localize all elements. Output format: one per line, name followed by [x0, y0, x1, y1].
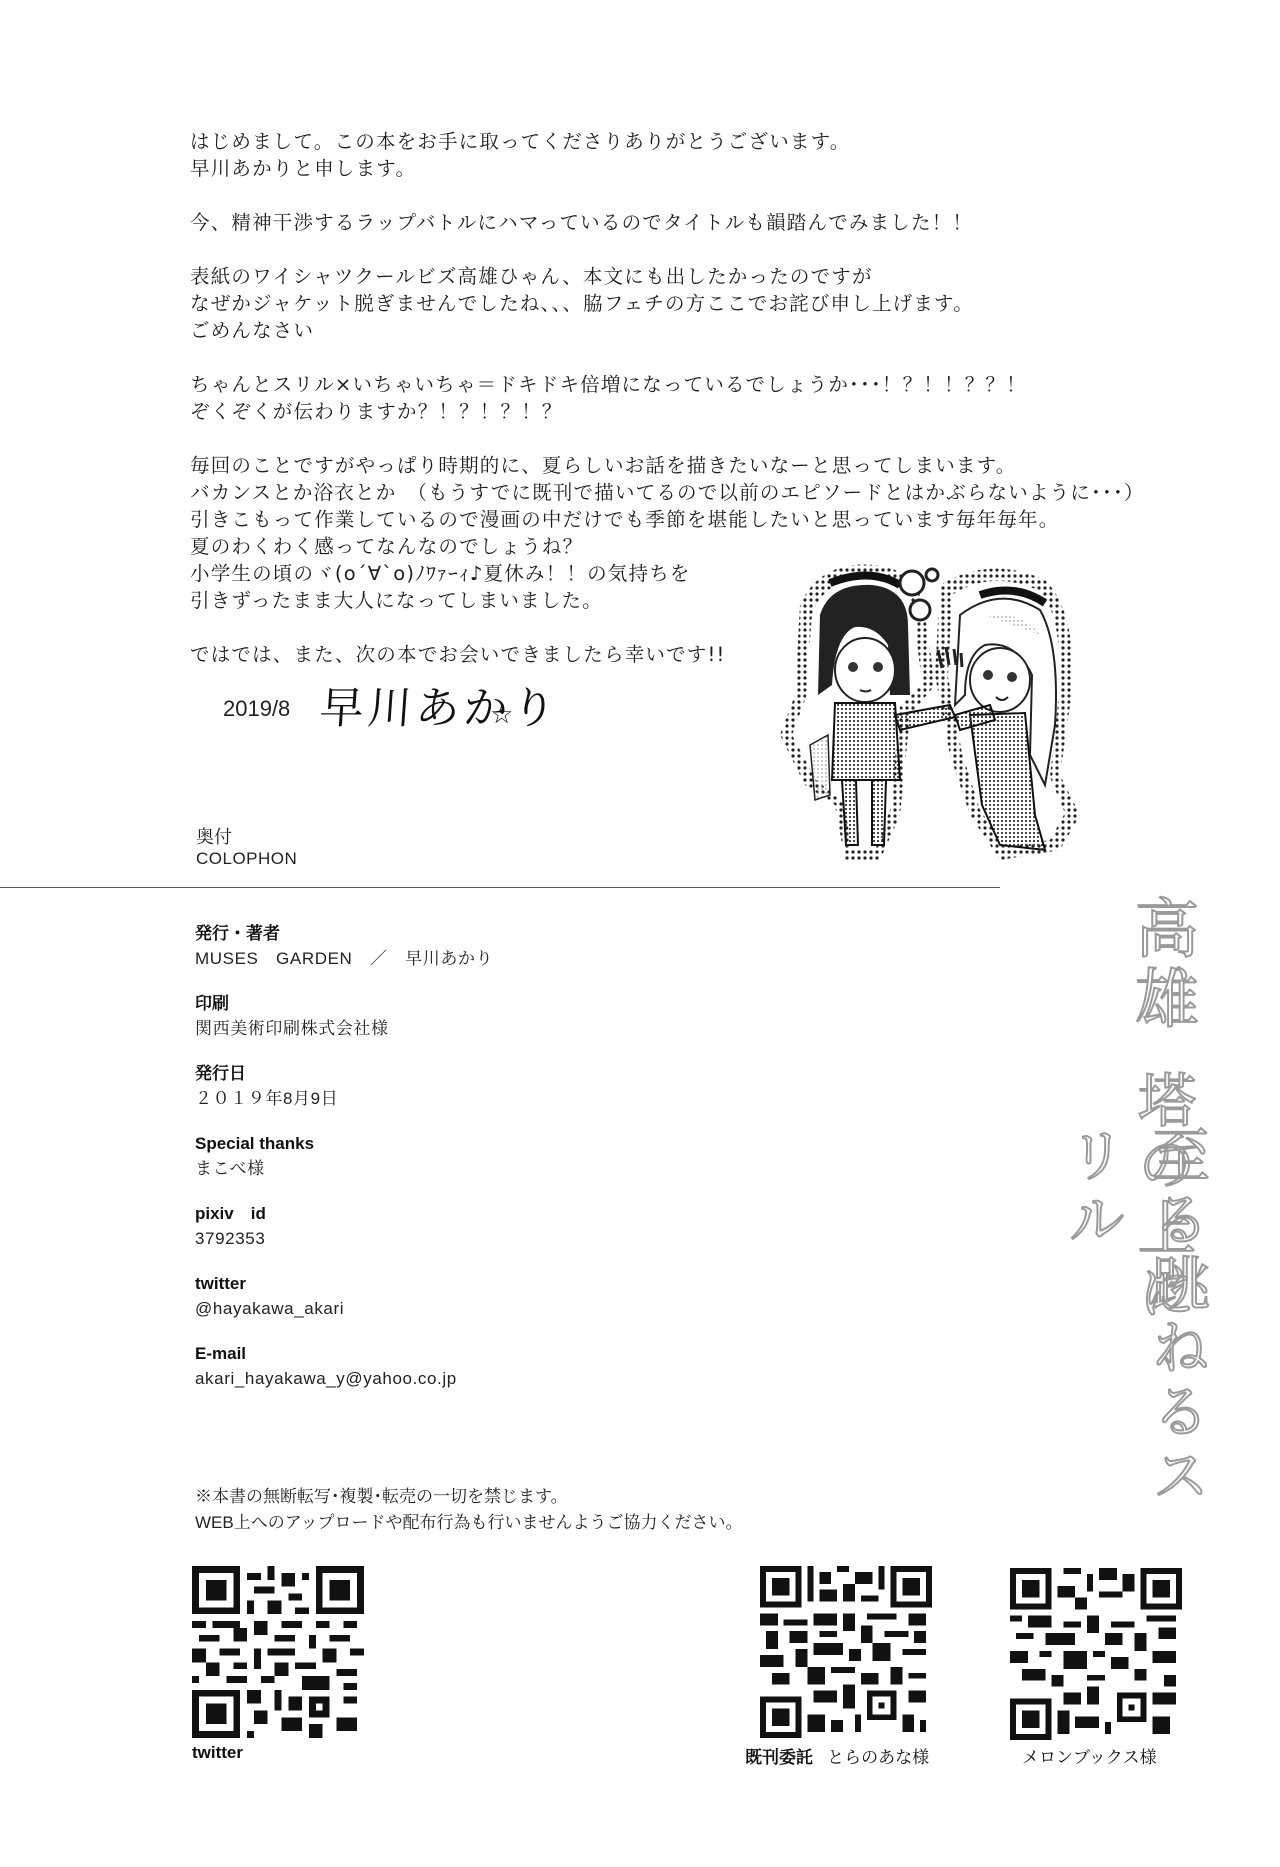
qr-code-icon[interactable] — [1010, 1568, 1182, 1740]
qr-label-twitter: twitter — [192, 1743, 243, 1763]
credit-twitter: twitter @hayakawa_akari — [195, 1272, 755, 1321]
credit-key: pixiv id — [195, 1202, 755, 1226]
title-part: 至る跳ねるスリル — [1050, 1125, 1218, 1545]
afterword-paragraph: 表紙のワイシャツクールビズ高雄ひゃん、本文にも出したかったのですが なぜかジャケ… — [190, 263, 1050, 344]
title-part: 高雄 — [1115, 895, 1207, 1035]
credit-key: 発行・著者 — [195, 922, 755, 946]
afterword-paragraph: ちゃんとスリル×いちゃいちゃ＝ドキドキ倍増になっているでしょうか･･･！？！！？… — [190, 371, 1050, 425]
credit-value: 関西美術印刷株式会社様 — [195, 1016, 755, 1041]
credit-date: 発行日 ２０１９年8月9日 — [195, 1062, 755, 1111]
credit-printer: 印刷 関西美術印刷株式会社様 — [195, 992, 755, 1041]
credit-value: ２０１９年8月9日 — [195, 1086, 755, 1111]
notice-line: ※本書の無断転写･複製･転売の一切を禁じます。 — [195, 1484, 743, 1510]
qr-label-bold: 既刊委託 — [745, 1748, 813, 1767]
qr-code-icon[interactable] — [760, 1566, 932, 1738]
qr-label-text: とらのあな様 — [827, 1748, 929, 1767]
credit-value: MUSES GARDEN ／ 早川あかり — [195, 946, 755, 971]
afterword-date: 2019/8 — [223, 696, 290, 722]
notice-line: WEB上へのアップロードや配布行為も行いませんようご協力ください。 — [195, 1510, 743, 1536]
credit-value: 3792353 — [195, 1226, 755, 1251]
colophon-label-en: COLOPHON — [196, 849, 297, 869]
credit-key: Special thanks — [195, 1132, 755, 1156]
qr-label-melonbooks: メロンブックス様 — [1022, 1743, 1157, 1768]
credit-publisher: 発行・著者 MUSES GARDEN ／ 早川あかり — [195, 922, 755, 971]
qr-label-toranoana: 既刊委託 とらのあな様 — [745, 1743, 929, 1768]
afterword-paragraph: はじめまして。この本をお手に取ってくださりありがとうございます。 早川あかりと申… — [190, 128, 1050, 182]
credit-pixiv: pixiv id 3792353 — [195, 1202, 755, 1251]
credit-value: akari_hayakawa_y@yahoo.co.jp — [195, 1366, 755, 1391]
credit-key: twitter — [195, 1272, 755, 1296]
author-signature: 早川あかり — [318, 672, 562, 736]
chibi-characters-illustration — [760, 555, 1090, 870]
vertical-book-title: 高雄 塔の上に 至る跳ねるスリル — [1020, 885, 1210, 1545]
credit-email: E-mail akari_hayakawa_y@yahoo.co.jp — [195, 1342, 755, 1391]
qr-code-icon[interactable] — [192, 1566, 364, 1738]
credit-key: 印刷 — [195, 992, 755, 1016]
afterword-paragraph: 今、精神干渉するラップバトルにハマっているのでタイトルも韻踏んでみました！！ — [190, 209, 1050, 236]
colophon-divider — [0, 887, 1000, 888]
credit-value: まこべ様 — [195, 1156, 755, 1181]
colophon-label-jp: 奥付 — [196, 823, 232, 849]
copyright-notice: ※本書の無断転写･複製･転売の一切を禁じます。 WEB上へのアップロードや配布行… — [195, 1484, 743, 1536]
credit-value: @hayakawa_akari — [195, 1296, 755, 1321]
credit-thanks: Special thanks まこべ様 — [195, 1132, 755, 1181]
star-icon: ☆ — [490, 700, 513, 730]
credit-key: E-mail — [195, 1342, 755, 1366]
credit-key: 発行日 — [195, 1062, 755, 1086]
colophon-credits: 発行・著者 MUSES GARDEN ／ 早川あかり 印刷 関西美術印刷株式会社… — [195, 922, 755, 1412]
